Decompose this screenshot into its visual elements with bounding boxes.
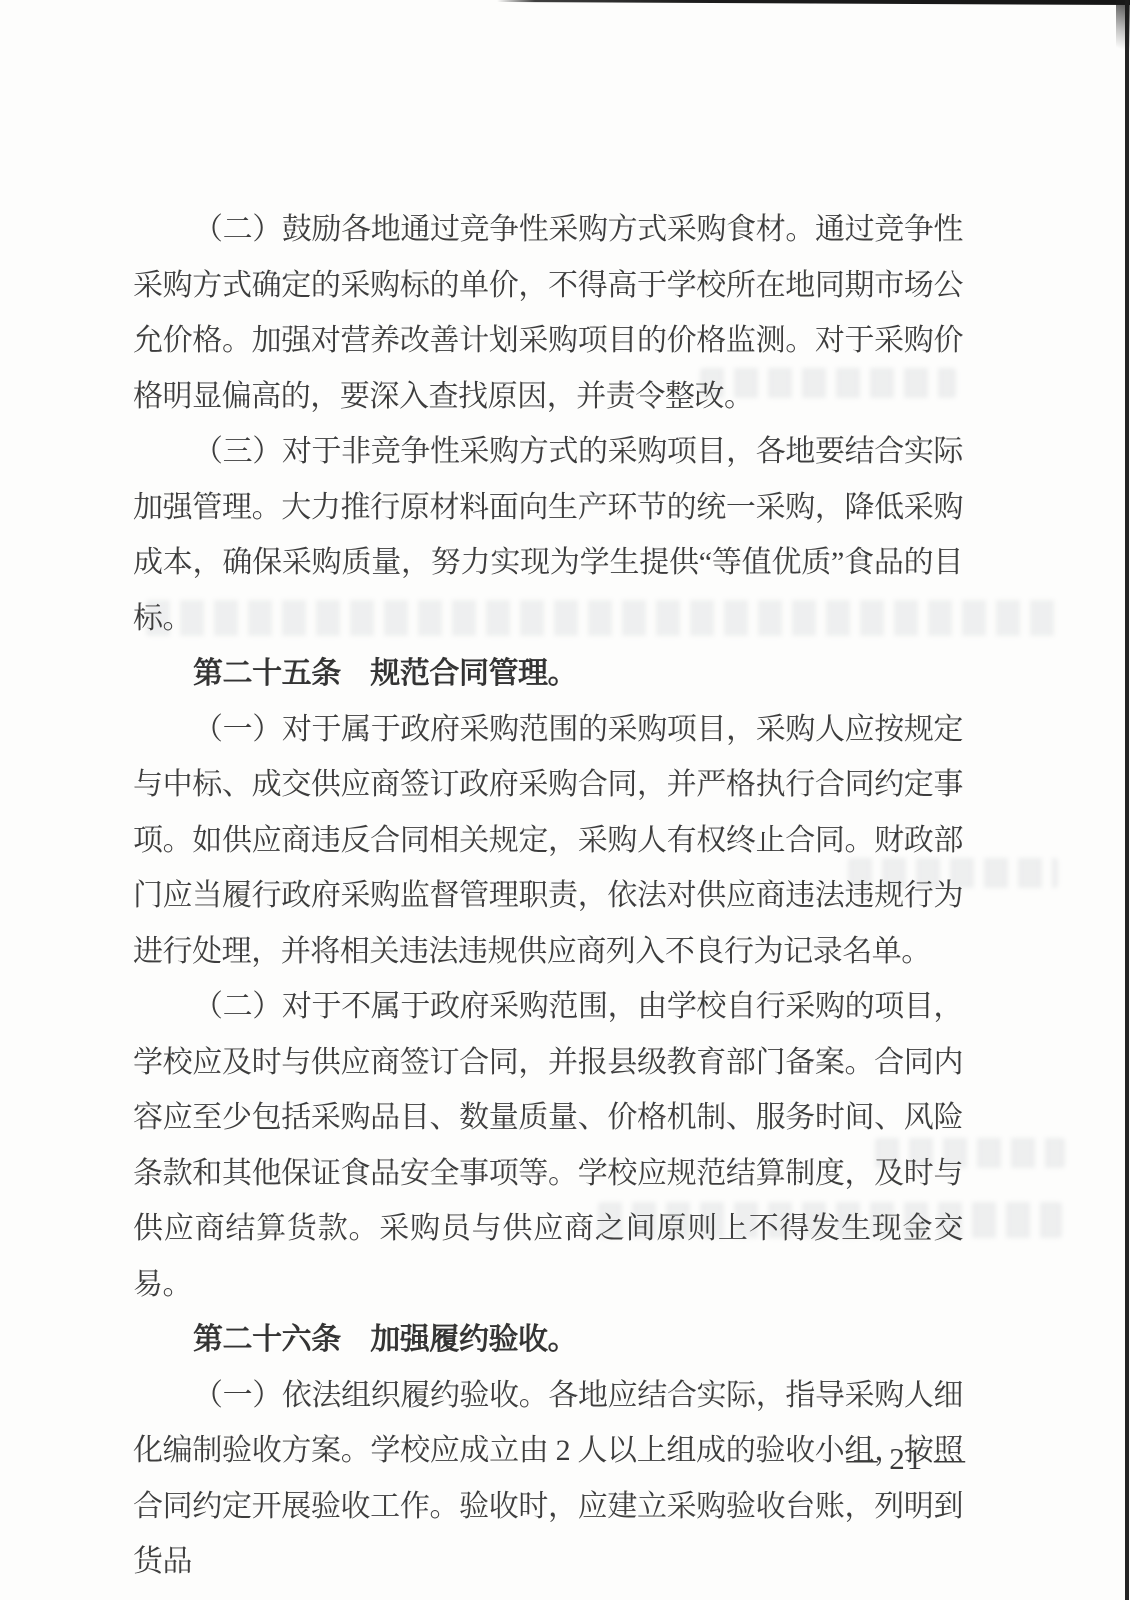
- article-heading: 第二十六条 加强履约验收。: [133, 1312, 963, 1368]
- body-paragraph: （一）对于属于政府采购范围的采购项目，采购人应按规定与中标、成交供应商签订政府采…: [133, 702, 963, 980]
- page-number: — 21 —: [847, 1441, 968, 1477]
- body-paragraph: （三）对于非竞争性采购方式的采购项目，各地要结合实际加强管理。大力推行原材料面向…: [133, 424, 963, 646]
- body-paragraph: （一）依法组织履约验收。各地应结合实际，指导采购人细化编制验收方案。学校应成立由…: [133, 1368, 963, 1590]
- document-text: （二）鼓励各地通过竞争性采购方式采购食材。通过竞争性采购方式确定的采购标的单价，…: [133, 202, 963, 1590]
- document-page: （二）鼓励各地通过竞争性采购方式采购食材。通过竞争性采购方式确定的采购标的单价，…: [0, 0, 1130, 1600]
- body-paragraph: （二）对于不属于政府采购范围，由学校自行采购的项目，学校应及时与供应商签订合同，…: [133, 979, 963, 1312]
- scan-corner-shadow: [1116, 0, 1130, 70]
- article-heading: 第二十五条 规范合同管理。: [133, 646, 963, 702]
- scan-edge-top: [497, 0, 1130, 5]
- scan-edge-right: [1125, 0, 1129, 1600]
- body-paragraph: （二）鼓励各地通过竞争性采购方式采购食材。通过竞争性采购方式确定的采购标的单价，…: [133, 202, 963, 424]
